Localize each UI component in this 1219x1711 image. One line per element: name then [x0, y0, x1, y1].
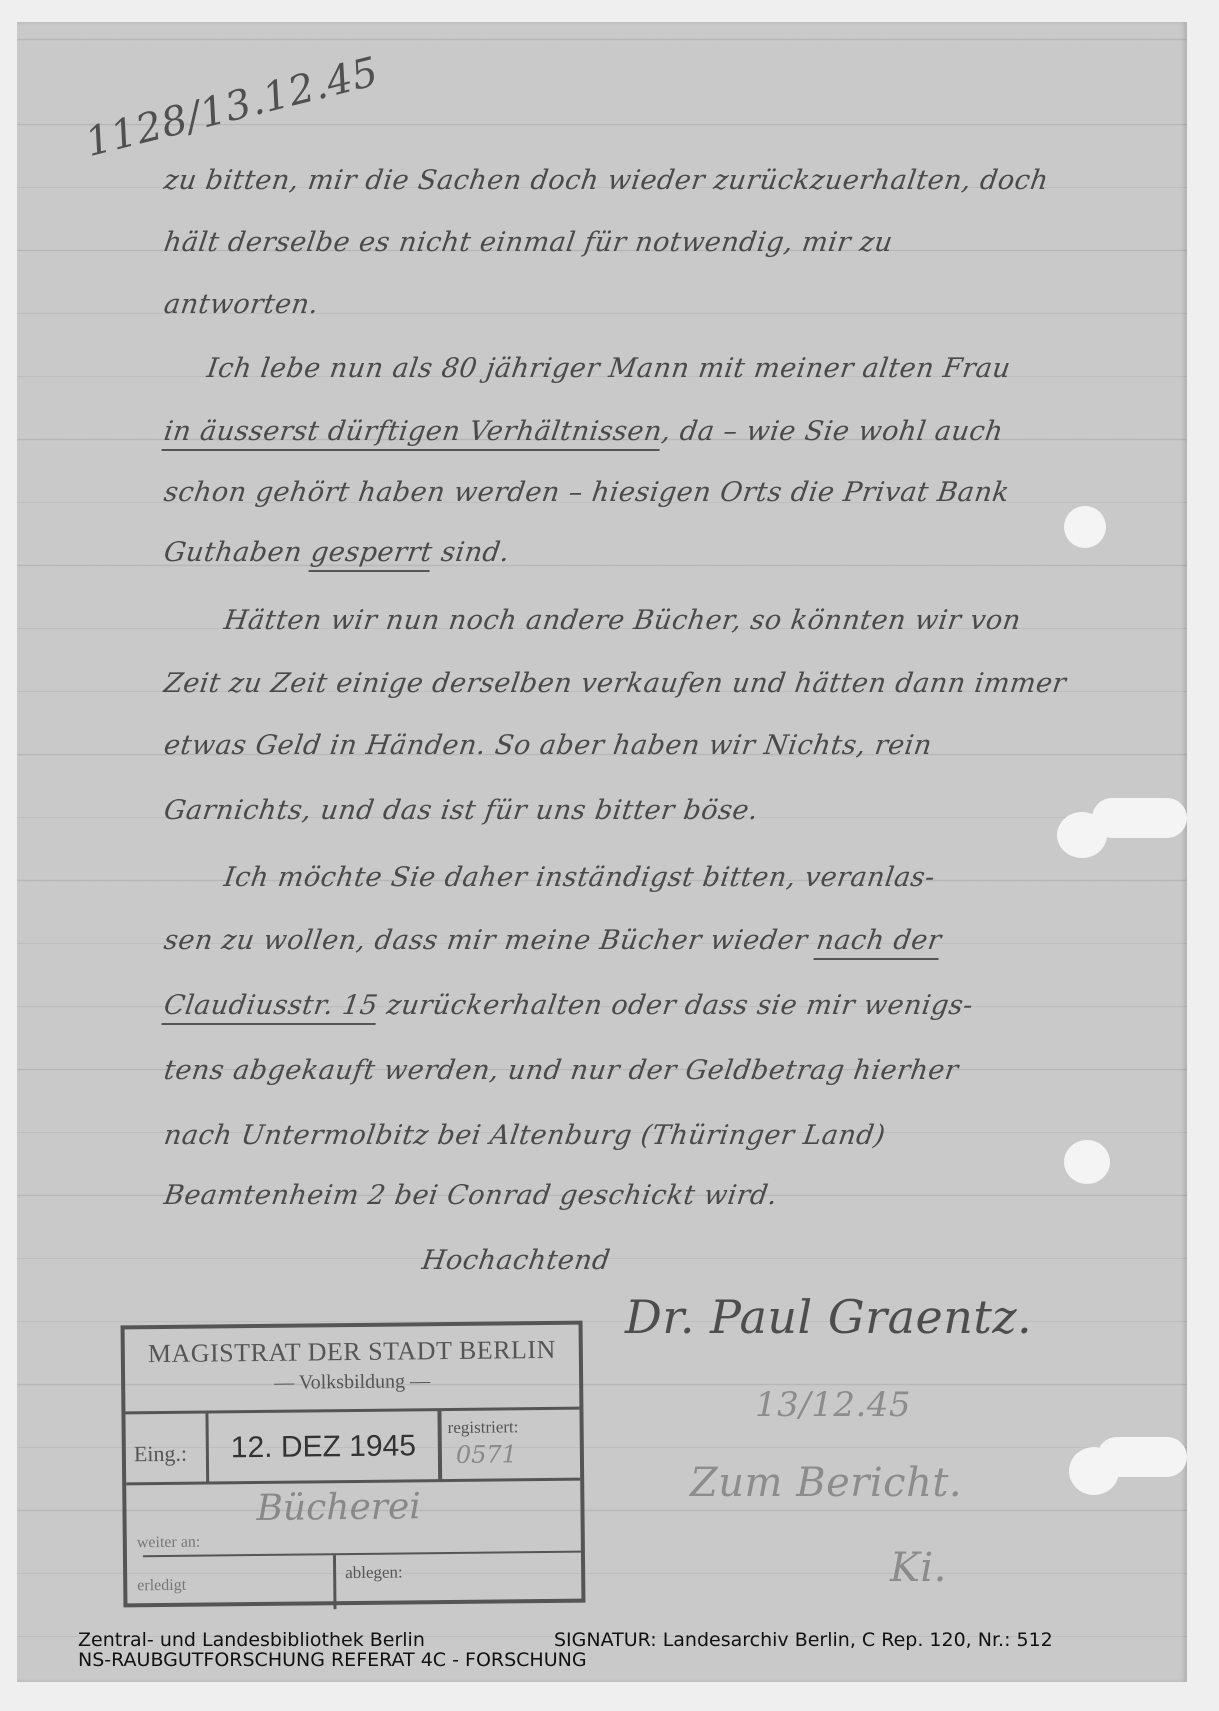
underlined-phrase: gesperrt [308, 537, 434, 572]
punch-hole [1064, 1140, 1110, 1184]
weiter-label: weiter an: [137, 1534, 201, 1553]
registriert-value: 0571 [456, 1440, 517, 1469]
letter-word: Guthaben [162, 537, 313, 568]
letter-line: nach Untermolbitz bei Altenburg (Thüring… [162, 1120, 887, 1151]
letter-line: etwas Geld in Händen. So aber haben wir … [162, 730, 934, 761]
letter-line: Guthaben gesperrt sind. [162, 537, 512, 568]
stamp-divider [333, 1555, 337, 1609]
letter-words: zurückerhalten oder dass sie mir wenigs- [376, 990, 975, 1021]
letter-line: Ich lebe nun als 80 jähriger Mann mit me… [205, 353, 1013, 384]
stamp-divider [126, 1478, 580, 1486]
letter-line: Zeit zu Zeit einige derselben verkaufen … [162, 668, 1068, 699]
letter-line: Beamtenheim 2 bei Conrad geschickt wird. [162, 1180, 779, 1211]
archive-footer: Zentral- und Landesbibliothek Berlin NS-… [78, 1630, 587, 1670]
letter-line: Ich möchte Sie daher inständigst bitten,… [222, 862, 937, 893]
letter-line: in äusserst dürftigen Verhältnissen, da … [162, 416, 1005, 447]
letter-line: sen zu wollen, dass mir meine Bücher wie… [162, 925, 944, 956]
letter-line: hält derselbe es nicht einmal für notwen… [162, 227, 895, 258]
footer-signatur: SIGNATUR: Landesarchiv Berlin, C Rep. 12… [554, 1630, 1053, 1650]
letter-line: Garnichts, und das ist für uns bitter bö… [162, 795, 760, 826]
letter-line: antworten. [162, 289, 321, 320]
stamp-subtitle: — Volksbildung — [125, 1369, 579, 1397]
registriert-label: registriert: [448, 1417, 519, 1438]
letter-words: sen zu wollen, dass mir meine Bücher wie… [162, 925, 819, 956]
eing-label: Eing.: [134, 1441, 187, 1468]
letter-line: Hätten wir nun noch andere Bücher, so kö… [222, 605, 1023, 636]
closing: Hochachtend [420, 1245, 612, 1276]
signature: Dr. Paul Graentz. [625, 1290, 1032, 1344]
letter-word: sind. [430, 537, 512, 568]
letter-line: tens abgekauft werden, und nur der Geldb… [162, 1055, 961, 1086]
pencil-instruction-note: Zum Bericht. [690, 1460, 962, 1506]
letter-line: Claudiusstr. 15 zurückerhalten oder dass… [162, 990, 975, 1021]
stamp-divider [143, 1551, 581, 1558]
eing-date: 12. DEZ 1945 [231, 1429, 416, 1465]
ablegen-label: ablegen: [345, 1562, 403, 1583]
punch-hole-torn [1097, 1437, 1187, 1477]
underlined-phrase: Claudiusstr. 15 [161, 990, 380, 1025]
punch-hole-torn [1092, 798, 1187, 838]
stamp-title: MAGISTRAT DER STADT BERLIN [125, 1335, 579, 1370]
letter-line: schon gehört haben werden – hiesigen Ort… [162, 477, 1011, 508]
letter-line: zu bitten, mir die Sachen doch wieder zu… [162, 165, 1051, 196]
punch-hole [1064, 506, 1106, 548]
pencil-date-note: 13/12.45 [755, 1385, 911, 1425]
registry-stamp: MAGISTRAT DER STADT BERLIN — Volksbildun… [121, 1321, 586, 1608]
weiter-value: Bücherei [256, 1486, 421, 1529]
pencil-initials: Ki. [890, 1545, 947, 1591]
stamp-divider [205, 1413, 209, 1483]
erledigt-label: erledigt [137, 1577, 186, 1596]
stamp-divider [437, 1410, 442, 1480]
footer-institution: Zentral- und Landesbibliothek Berlin [78, 1630, 587, 1650]
letter-line-rest: , da – wie Sie wohl auch [660, 416, 1006, 447]
underlined-phrase: nach der [814, 925, 944, 960]
underlined-phrase: in äusserst dürftigen Verhältnissen [161, 416, 664, 451]
stamp-divider [125, 1407, 579, 1415]
footer-department: NS-RAUBGUTFORSCHUNG REFERAT 4C - FORSCHU… [78, 1650, 587, 1670]
